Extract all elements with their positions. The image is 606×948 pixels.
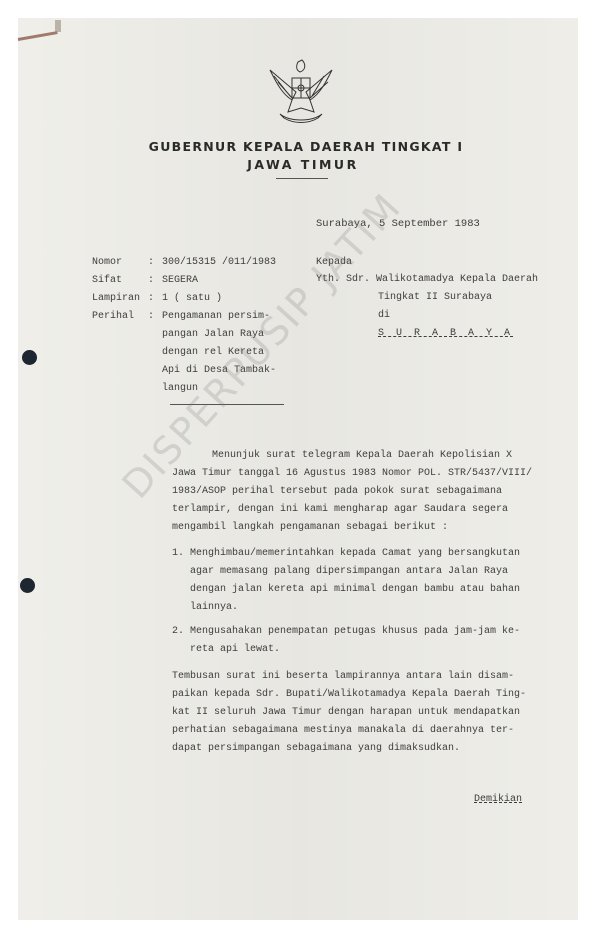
- list-item: 2. Mengusahakan penempatan petugas khusu…: [172, 623, 532, 659]
- paper-stain-mark: [55, 20, 61, 32]
- list-text: Menghimbau/memerintahkan kepada Camat ya…: [190, 545, 520, 617]
- perihal-underline: [170, 404, 284, 405]
- meta-colon: :: [148, 272, 162, 290]
- punch-hole: [20, 578, 35, 593]
- list-number: 1.: [172, 545, 190, 617]
- meta-label: Sifat: [92, 272, 148, 290]
- letterhead-subtitle: JAWA TIMUR: [0, 157, 606, 172]
- body-line: mengambil langkah pengamanan sebagai ber…: [172, 519, 532, 537]
- body-line: Menunjuk surat telegram Kepala Daerah Ke…: [172, 447, 532, 465]
- meta-label: Lampiran: [92, 290, 148, 308]
- meta-colon: :: [148, 254, 162, 272]
- meta-row-perihal: Perihal : Pengamanan persim- pangan Jala…: [92, 308, 302, 398]
- body-paragraph: Menunjuk surat telegram Kepala Daerah Ke…: [172, 447, 532, 537]
- recipient-city: S U R A B A Y A: [378, 325, 513, 343]
- meta-label: Nomor: [92, 254, 148, 272]
- copy-note-paragraph: Tembusan surat ini beserta lampirannya a…: [172, 668, 542, 758]
- letter-metadata: Nomor : 300/15315 /011/1983 Sifat : SEGE…: [92, 254, 302, 398]
- recipient-salutation: Kepada: [316, 254, 352, 272]
- letterhead-divider: [276, 178, 328, 179]
- letterhead-title: GUBERNUR KEPALA DAERAH TINGKAT I: [0, 139, 606, 154]
- meta-colon: :: [148, 290, 162, 308]
- body-line: 1983/ASOP perihal tersebut pada pokok su…: [172, 483, 532, 501]
- punch-hole: [22, 350, 37, 365]
- body-line: Jawa Timur tanggal 16 Agustus 1983 Nomor…: [172, 465, 532, 483]
- meta-value: Pengamanan persim- pangan Jalan Raya den…: [162, 308, 302, 398]
- recipient-line: Yth. Sdr. Walikotamadya Kepala Daerah: [316, 271, 538, 289]
- meta-row-nomor: Nomor : 300/15315 /011/1983: [92, 254, 302, 272]
- list-item: 1. Menghimbau/memerintahkan kepada Camat…: [172, 545, 532, 617]
- meta-value: 1 ( satu ): [162, 290, 302, 308]
- instruction-list: 1. Menghimbau/memerintahkan kepada Camat…: [172, 545, 532, 665]
- body-line: terlampir, dengan ini kami mengharap aga…: [172, 501, 532, 519]
- recipient-line: di: [378, 307, 390, 325]
- garuda-emblem-icon: [262, 52, 340, 130]
- closing-word: Demikian: [474, 794, 522, 805]
- meta-value: 300/15315 /011/1983: [162, 254, 302, 272]
- meta-row-sifat: Sifat : SEGERA: [92, 272, 302, 290]
- list-number: 2.: [172, 623, 190, 659]
- recipient-line: Tingkat II Surabaya: [378, 289, 492, 307]
- letter-date: Surabaya, 5 September 1983: [316, 215, 480, 233]
- list-text: Mengusahakan penempatan petugas khusus p…: [190, 623, 520, 659]
- meta-row-lampiran: Lampiran : 1 ( satu ): [92, 290, 302, 308]
- meta-label: Perihal: [92, 308, 148, 398]
- meta-colon: :: [148, 308, 162, 398]
- meta-value: SEGERA: [162, 272, 302, 290]
